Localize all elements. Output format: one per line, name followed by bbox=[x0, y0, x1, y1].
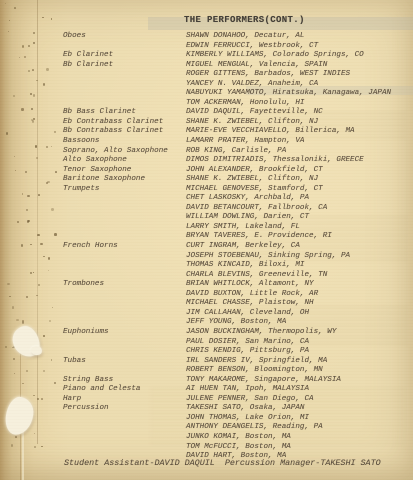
table-row: Bb Contrabass ClarinetMARIE-EVE VECCHIAV… bbox=[0, 127, 413, 137]
performer-name: YANCEY N. VALDEZ, Anaheim, CA bbox=[186, 80, 413, 90]
performer-name: DAVID BUXTON, Little Rock, AR bbox=[186, 290, 413, 300]
table-row: French HornsCURT INGRAM, Berkeley, CA bbox=[0, 242, 413, 252]
instrument-label: Euphoniums bbox=[63, 328, 186, 338]
table-row: EuphoniumsJASON BUCKINGHAM, Thermopolis,… bbox=[0, 328, 413, 338]
instrument-label: Bb Bass Clarinet bbox=[63, 108, 186, 118]
stitch-mark bbox=[42, 17, 44, 18]
instrument-label: Piano and Celesta bbox=[63, 385, 186, 395]
table-row: ANTHONY DEANGELIS, Reading, PA bbox=[0, 423, 413, 433]
performer-name: WILLIAM DOWLING, Darien, CT bbox=[186, 213, 413, 223]
performer-name: NABUYUKI YAMAMOTO, Hiratsuka, Kanagawa, … bbox=[186, 89, 413, 99]
instrument-label: Trombones bbox=[63, 280, 186, 290]
instrument-label: French Horns bbox=[63, 242, 186, 252]
instrument-label: Harp bbox=[63, 395, 186, 405]
performer-name: IRL SANDERS IV, Springfield, MA bbox=[186, 357, 413, 367]
performer-name: MICHAEL GENOVESE, Stamford, CT bbox=[186, 185, 413, 195]
performers-table: OboesSHAWN DONAHOO, Decatur, ALEDWIN FER… bbox=[0, 32, 413, 462]
performer-name: CHARLA BLEVINS, Greeneville, TN bbox=[186, 271, 413, 281]
stitch-mark bbox=[14, 7, 16, 9]
table-row: TrumpetsMICHAEL GENOVESE, Stamford, CT bbox=[0, 185, 413, 195]
table-row: Soprano, Alto SaxophoneROB KING, Carlisl… bbox=[0, 147, 413, 157]
table-row: CHET LASKOSKY, Archbald, PA bbox=[0, 194, 413, 204]
table-row: JOSEPH STOEBENAU, Sinking Spring, PA bbox=[0, 252, 413, 262]
performer-name: DIMOS DIMITRIADIS, Thessaloniki, GREECE bbox=[186, 156, 413, 166]
performer-name: PAUL DOSIER, San Marino, CA bbox=[186, 338, 413, 348]
table-row: Tenor SaxophoneJOHN ALEXANDER, Brookfiel… bbox=[0, 166, 413, 176]
instrument-label: Baritone Saxophone bbox=[63, 175, 186, 185]
table-row: EDWIN FERRUCCI, Westbrook, CT bbox=[0, 42, 413, 52]
table-row: JUNKO KOMAI, Boston, MA bbox=[0, 433, 413, 443]
table-row: PercussionTAKESHI SATO, Osaka, JAPAN bbox=[0, 404, 413, 414]
instrument-label: Trumpets bbox=[63, 185, 186, 195]
performer-name: TOM ACKERMAN, Honolulu, HI bbox=[186, 99, 413, 109]
table-row: WILLIAM DOWLING, Darien, CT bbox=[0, 213, 413, 223]
table-row: Alto SaxophoneDIMOS DIMITRIADIS, Thessal… bbox=[0, 156, 413, 166]
performer-name: ROGER GITTENS, Barbados, WEST INDIES bbox=[186, 70, 413, 80]
performer-name: THOMAS KINCAID, Biloxi, MI bbox=[186, 261, 413, 271]
instrument-label: Bassoons bbox=[63, 137, 186, 147]
table-row: Baritone SaxophoneSHANE K. ZWIEBEL, Clif… bbox=[0, 175, 413, 185]
performer-name: CHRIS KENDIG, Pittsburg, PA bbox=[186, 347, 413, 357]
performer-name: TAKESHI SATO, Osaka, JAPAN bbox=[186, 404, 413, 414]
instrument-label: Eb Clarinet bbox=[63, 51, 186, 61]
performer-name: ANTHONY DEANGELIS, Reading, PA bbox=[186, 423, 413, 433]
table-row: TOM ACKERMAN, Honolulu, HI bbox=[0, 99, 413, 109]
table-row: CHARLA BLEVINS, Greeneville, TN bbox=[0, 271, 413, 281]
table-row: Eb ClarinetKIMBERLY WILLIAMS, Colorado S… bbox=[0, 51, 413, 61]
performer-name: JULENE PENNER, San Diego, CA bbox=[186, 395, 413, 405]
table-row: BRYAN TAVERES, E. Providence, RI bbox=[0, 232, 413, 242]
table-row: TubasIRL SANDERS IV, Springfield, MA bbox=[0, 357, 413, 367]
performer-name: JOHN THOMAS, Lake Orion, MI bbox=[186, 414, 413, 424]
table-row: HarpJULENE PENNER, San Diego, CA bbox=[0, 395, 413, 405]
performer-name: TONY MAKAROME, Singapore, MALAYSIA bbox=[186, 376, 413, 386]
table-row: Bb Bass ClarinetDAVID DAQUIL, Fayettevil… bbox=[0, 108, 413, 118]
instrument-label: Oboes bbox=[63, 32, 186, 42]
stitch-mark bbox=[51, 18, 52, 19]
performer-name: JEFF YOUNG, Boston, MA bbox=[186, 318, 413, 328]
table-row: JOHN THOMAS, Lake Orion, MI bbox=[0, 414, 413, 424]
table-row: String BassTONY MAKAROME, Singapore, MAL… bbox=[0, 376, 413, 386]
performer-name: DAVID BETANCOURT, Fallbrook, CA bbox=[186, 204, 413, 214]
performer-name: AI HUEN TAN, Ipoh, MALAYSIA bbox=[186, 385, 413, 395]
performer-name: ROB KING, Carlisle, PA bbox=[186, 147, 413, 157]
instrument-label: String Bass bbox=[63, 376, 186, 386]
performer-name: TOM McFUCCI, Boston, MA bbox=[186, 443, 413, 453]
table-row: ROBERT BENSON, Bloomington, MN bbox=[0, 366, 413, 376]
performer-name: BRIAN WHITLOCK, Altamont, NY bbox=[186, 280, 413, 290]
table-row: ROGER GITTENS, Barbados, WEST INDIES bbox=[0, 70, 413, 80]
stitch-mark bbox=[5, 3, 6, 4]
table-row: Piano and CelestaAI HUEN TAN, Ipoh, MALA… bbox=[0, 385, 413, 395]
table-row: OboesSHAWN DONAHOO, Decatur, AL bbox=[0, 32, 413, 42]
performer-name: JIM CALLAHAN, Cleveland, OH bbox=[186, 309, 413, 319]
table-row: TOM McFUCCI, Boston, MA bbox=[0, 443, 413, 453]
performer-name: MARIE-EVE VECCHIAVELLO, Billerica, MA bbox=[186, 127, 413, 137]
page-title: THE PERFORMERS(CONT.) bbox=[184, 15, 305, 25]
footer-line: Student Assistant-DAVID DAQUIL Percussio… bbox=[64, 458, 381, 468]
table-row: THOMAS KINCAID, Biloxi, MI bbox=[0, 261, 413, 271]
table-row: BassoonsLAMARR PRATER, Hampton, VA bbox=[0, 137, 413, 147]
performer-name: JASON BUCKINGHAM, Thermopolis, WY bbox=[186, 328, 413, 338]
table-row: DAVID BETANCOURT, Fallbrook, CA bbox=[0, 204, 413, 214]
performer-name: CHET LASKOSKY, Archbald, PA bbox=[186, 194, 413, 204]
table-row: NABUYUKI YAMAMOTO, Hiratsuka, Kanagawa, … bbox=[0, 89, 413, 99]
table-row: MICHAEL CHASSE, Plaistow, NH bbox=[0, 299, 413, 309]
stitch-mark bbox=[9, 20, 10, 21]
table-row: Bb ClarinetMIGUEL MENGUAL, Valencia, SPA… bbox=[0, 61, 413, 71]
performer-name: BRYAN TAVERES, E. Providence, RI bbox=[186, 232, 413, 242]
table-row: JEFF YOUNG, Boston, MA bbox=[0, 318, 413, 328]
scanned-page: THE PERFORMERS(CONT.) OboesSHAWN DONAHOO… bbox=[0, 0, 413, 480]
performer-name: JOSEPH STOEBENAU, Sinking Spring, PA bbox=[186, 252, 413, 262]
performer-name: LAMARR PRATER, Hampton, VA bbox=[186, 137, 413, 147]
performer-name: CURT INGRAM, Berkeley, CA bbox=[186, 242, 413, 252]
instrument-label: Tenor Saxophone bbox=[63, 166, 186, 176]
performer-name: EDWIN FERRUCCI, Westbrook, CT bbox=[186, 42, 413, 52]
instrument-label: Bb Contrabass Clarinet bbox=[63, 127, 186, 137]
table-row: DAVID BUXTON, Little Rock, AR bbox=[0, 290, 413, 300]
performer-name: JOHN ALEXANDER, Brookfield, CT bbox=[186, 166, 413, 176]
instrument-label: Percussion bbox=[63, 404, 186, 414]
performer-name: ROBERT BENSON, Bloomington, MN bbox=[186, 366, 413, 376]
performer-name: MICHAEL CHASSE, Plaistow, NH bbox=[186, 299, 413, 309]
instrument-label: Alto Saxophone bbox=[63, 156, 186, 166]
performer-name: SHAWN DONAHOO, Decatur, AL bbox=[186, 32, 413, 42]
instrument-label: Soprano, Alto Saxophone bbox=[63, 147, 186, 157]
table-row: PAUL DOSIER, San Marino, CA bbox=[0, 338, 413, 348]
instrument-label: Tubas bbox=[63, 357, 186, 367]
table-row: TrombonesBRIAN WHITLOCK, Altamont, NY bbox=[0, 280, 413, 290]
performer-name: SHANE K. ZWIEBEL, Clifton, NJ bbox=[186, 175, 413, 185]
performer-name: KIMBERLY WILLIAMS, Colorado Springs, CO bbox=[186, 51, 413, 61]
table-row: JIM CALLAHAN, Cleveland, OH bbox=[0, 309, 413, 319]
performer-name: MIGUEL MENGUAL, Valencia, SPAIN bbox=[186, 61, 413, 71]
table-row: YANCEY N. VALDEZ, Anaheim, CA bbox=[0, 80, 413, 90]
performer-name: DAVID DAQUIL, Fayetteville, NC bbox=[186, 108, 413, 118]
table-row: CHRIS KENDIG, Pittsburg, PA bbox=[0, 347, 413, 357]
instrument-label: Bb Clarinet bbox=[63, 61, 186, 71]
performer-name: JUNKO KOMAI, Boston, MA bbox=[186, 433, 413, 443]
